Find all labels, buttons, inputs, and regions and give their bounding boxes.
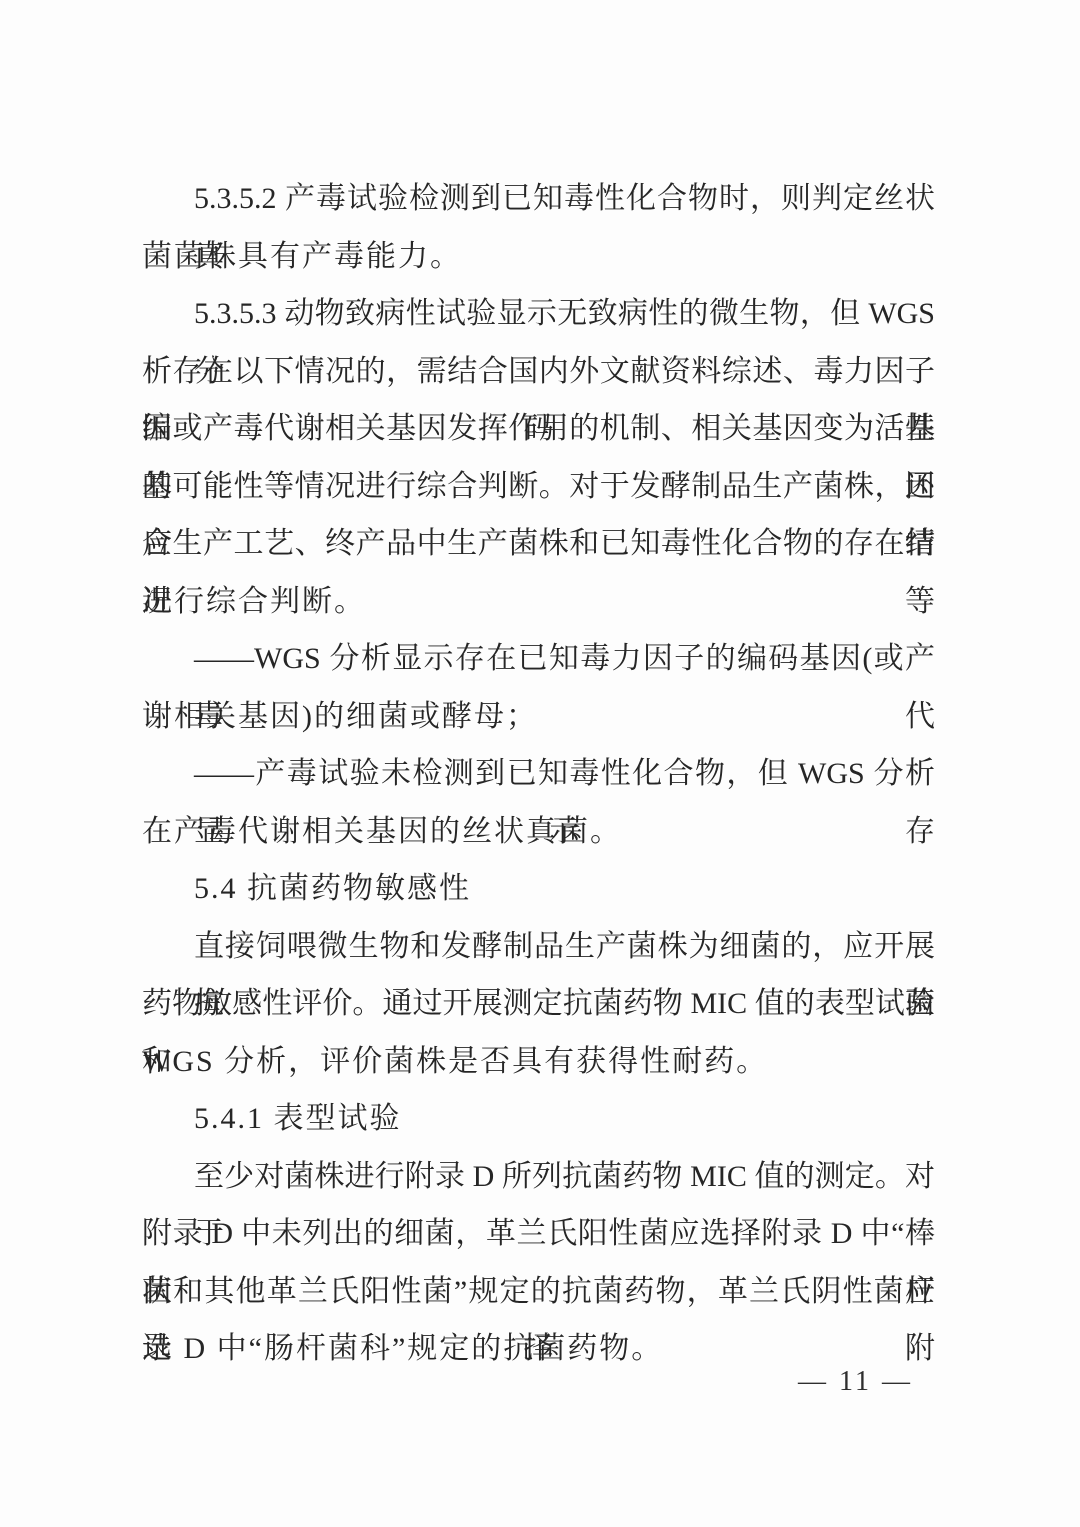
para-5-3-5-3-line-5: 合生产工艺、终产品中生产菌株和已知毒性化合物的存在情况等	[142, 515, 935, 573]
para-5-4-line-3: WGS 分析，评价菌株是否具有获得性耐药。	[142, 1033, 935, 1091]
para-5-4-1-line-2: 附录 D 中未列出的细菌，革兰氏阳性菌应选择附录 D 中“棒状杆	[142, 1205, 935, 1263]
document-text-block: 5.3.5.2 产毒试验检测到已知毒性化合物时，则判定丝状真 菌菌株具有产毒能力…	[142, 170, 935, 1378]
para-5-3-5-2-line-1: 5.3.5.2 产毒试验检测到已知毒性化合物时，则判定丝状真	[142, 170, 935, 228]
para-5-4-line-1: 直接饲喂微生物和发酵制品生产菌株为细菌的，应开展抗菌	[142, 918, 935, 976]
bullet-toxin-line-1: ——产毒试验未检测到已知毒性化合物，但 WGS 分析显示存	[142, 745, 935, 803]
document-page: 5.3.5.2 产毒试验检测到已知毒性化合物时，则判定丝状真 菌菌株具有产毒能力…	[0, 0, 1080, 1527]
bullet-wgs-line-1: ——WGS 分析显示存在已知毒力因子的编码基因(或产毒代	[142, 630, 935, 688]
section-heading-5-4: 5.4 抗菌药物敏感性	[142, 860, 935, 918]
para-5-4-1-line-1: 至少对菌株进行附录 D 所列抗菌药物 MIC 值的测定。对于	[142, 1148, 935, 1206]
page-number: — 11 —	[798, 1363, 913, 1401]
para-5-3-5-3-line-1: 5.3.5.3 动物致病性试验显示无致病性的微生物，但 WGS 分	[142, 285, 935, 343]
para-5-3-5-3-line-2: 析存在以下情况的，需结合国内外文献资料综述、毒力因子编码基	[142, 343, 935, 401]
para-5-4-line-2: 药物敏感性评价。通过开展测定抗菌药物 MIC 值的表型试验和	[142, 975, 935, 1033]
para-5-4-1-line-3: 菌和其他革兰氏阳性菌”规定的抗菌药物，革兰氏阴性菌应选择附	[142, 1263, 935, 1321]
para-5-3-5-2-line-2: 菌菌株具有产毒能力。	[142, 228, 935, 286]
section-heading-5-4-1: 5.4.1 表型试验	[142, 1090, 935, 1148]
para-5-3-5-3-line-3: 因或产毒代谢相关基因发挥作用的机制、相关基因变为活性基因	[142, 400, 935, 458]
para-5-3-5-3-line-4: 的可能性等情况进行综合判断。对于发酵制品生产菌株，还应结	[142, 458, 935, 516]
